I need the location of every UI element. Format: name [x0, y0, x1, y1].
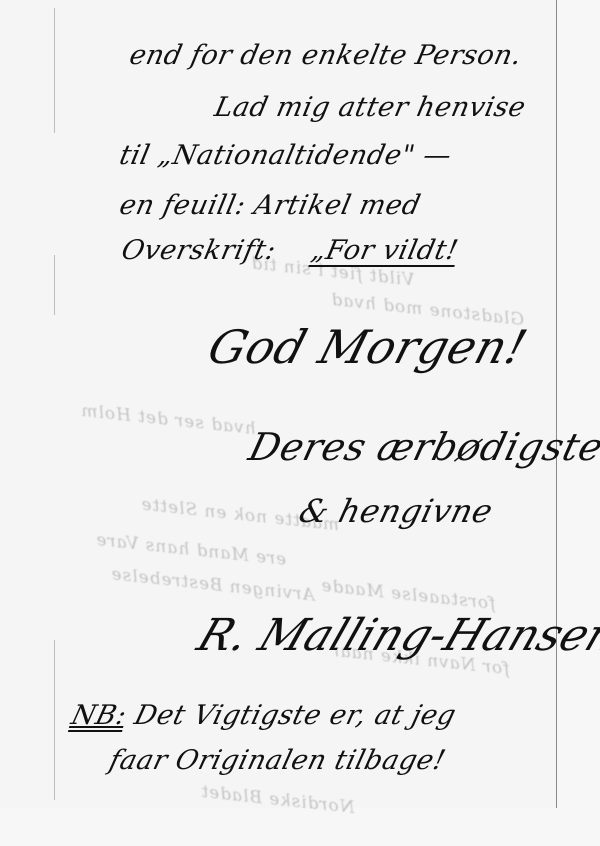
letter-page: Vildt fiet i sin tid Gladstone mod hvad … — [0, 0, 557, 808]
left-margin-rule — [54, 255, 55, 315]
letter-line: en feuill: Artikel med — [117, 190, 424, 221]
nb-marker: NB: — [68, 700, 130, 731]
letter-heading-line: Overskrift: „For vildt! — [119, 235, 461, 266]
left-margin-rule — [54, 8, 55, 133]
heading-quote: „For vildt! — [309, 235, 462, 266]
bleed-through-text: ere Mand hans Vare — [94, 530, 287, 570]
bleed-through-text: Arvingen Bestrebelse — [110, 564, 316, 605]
letter-line: end for den enkelte Person. — [127, 40, 525, 71]
letter-line: til „Nationaltidende" — — [117, 140, 455, 171]
greeting: God Morgen! — [202, 320, 533, 374]
postscript-line: faar Originalen tilbage! — [106, 745, 449, 776]
bleed-through-text: forstaaelse Maade — [319, 576, 496, 614]
valediction: & hengivne — [295, 492, 497, 530]
valediction: Deres ærbødigste — [245, 425, 600, 469]
scanned-letter: Vildt fiet i sin tid Gladstone mod hvad … — [0, 0, 600, 846]
bleed-through-text: Nordiske Bladet — [199, 782, 355, 818]
bleed-through-text: hvad ser det Holm — [79, 401, 256, 439]
postscript-line: NB: Det Vigtigste er, at jeg — [68, 700, 459, 731]
postscript-text: Det Vigtigste er, at jeg — [131, 700, 459, 731]
letter-line: Lad mig atter henvise — [212, 92, 529, 123]
heading-prefix: Overskrift: — [119, 235, 279, 266]
left-margin-rule — [54, 640, 55, 800]
signature: R. Malling-Hansen — [191, 610, 600, 661]
